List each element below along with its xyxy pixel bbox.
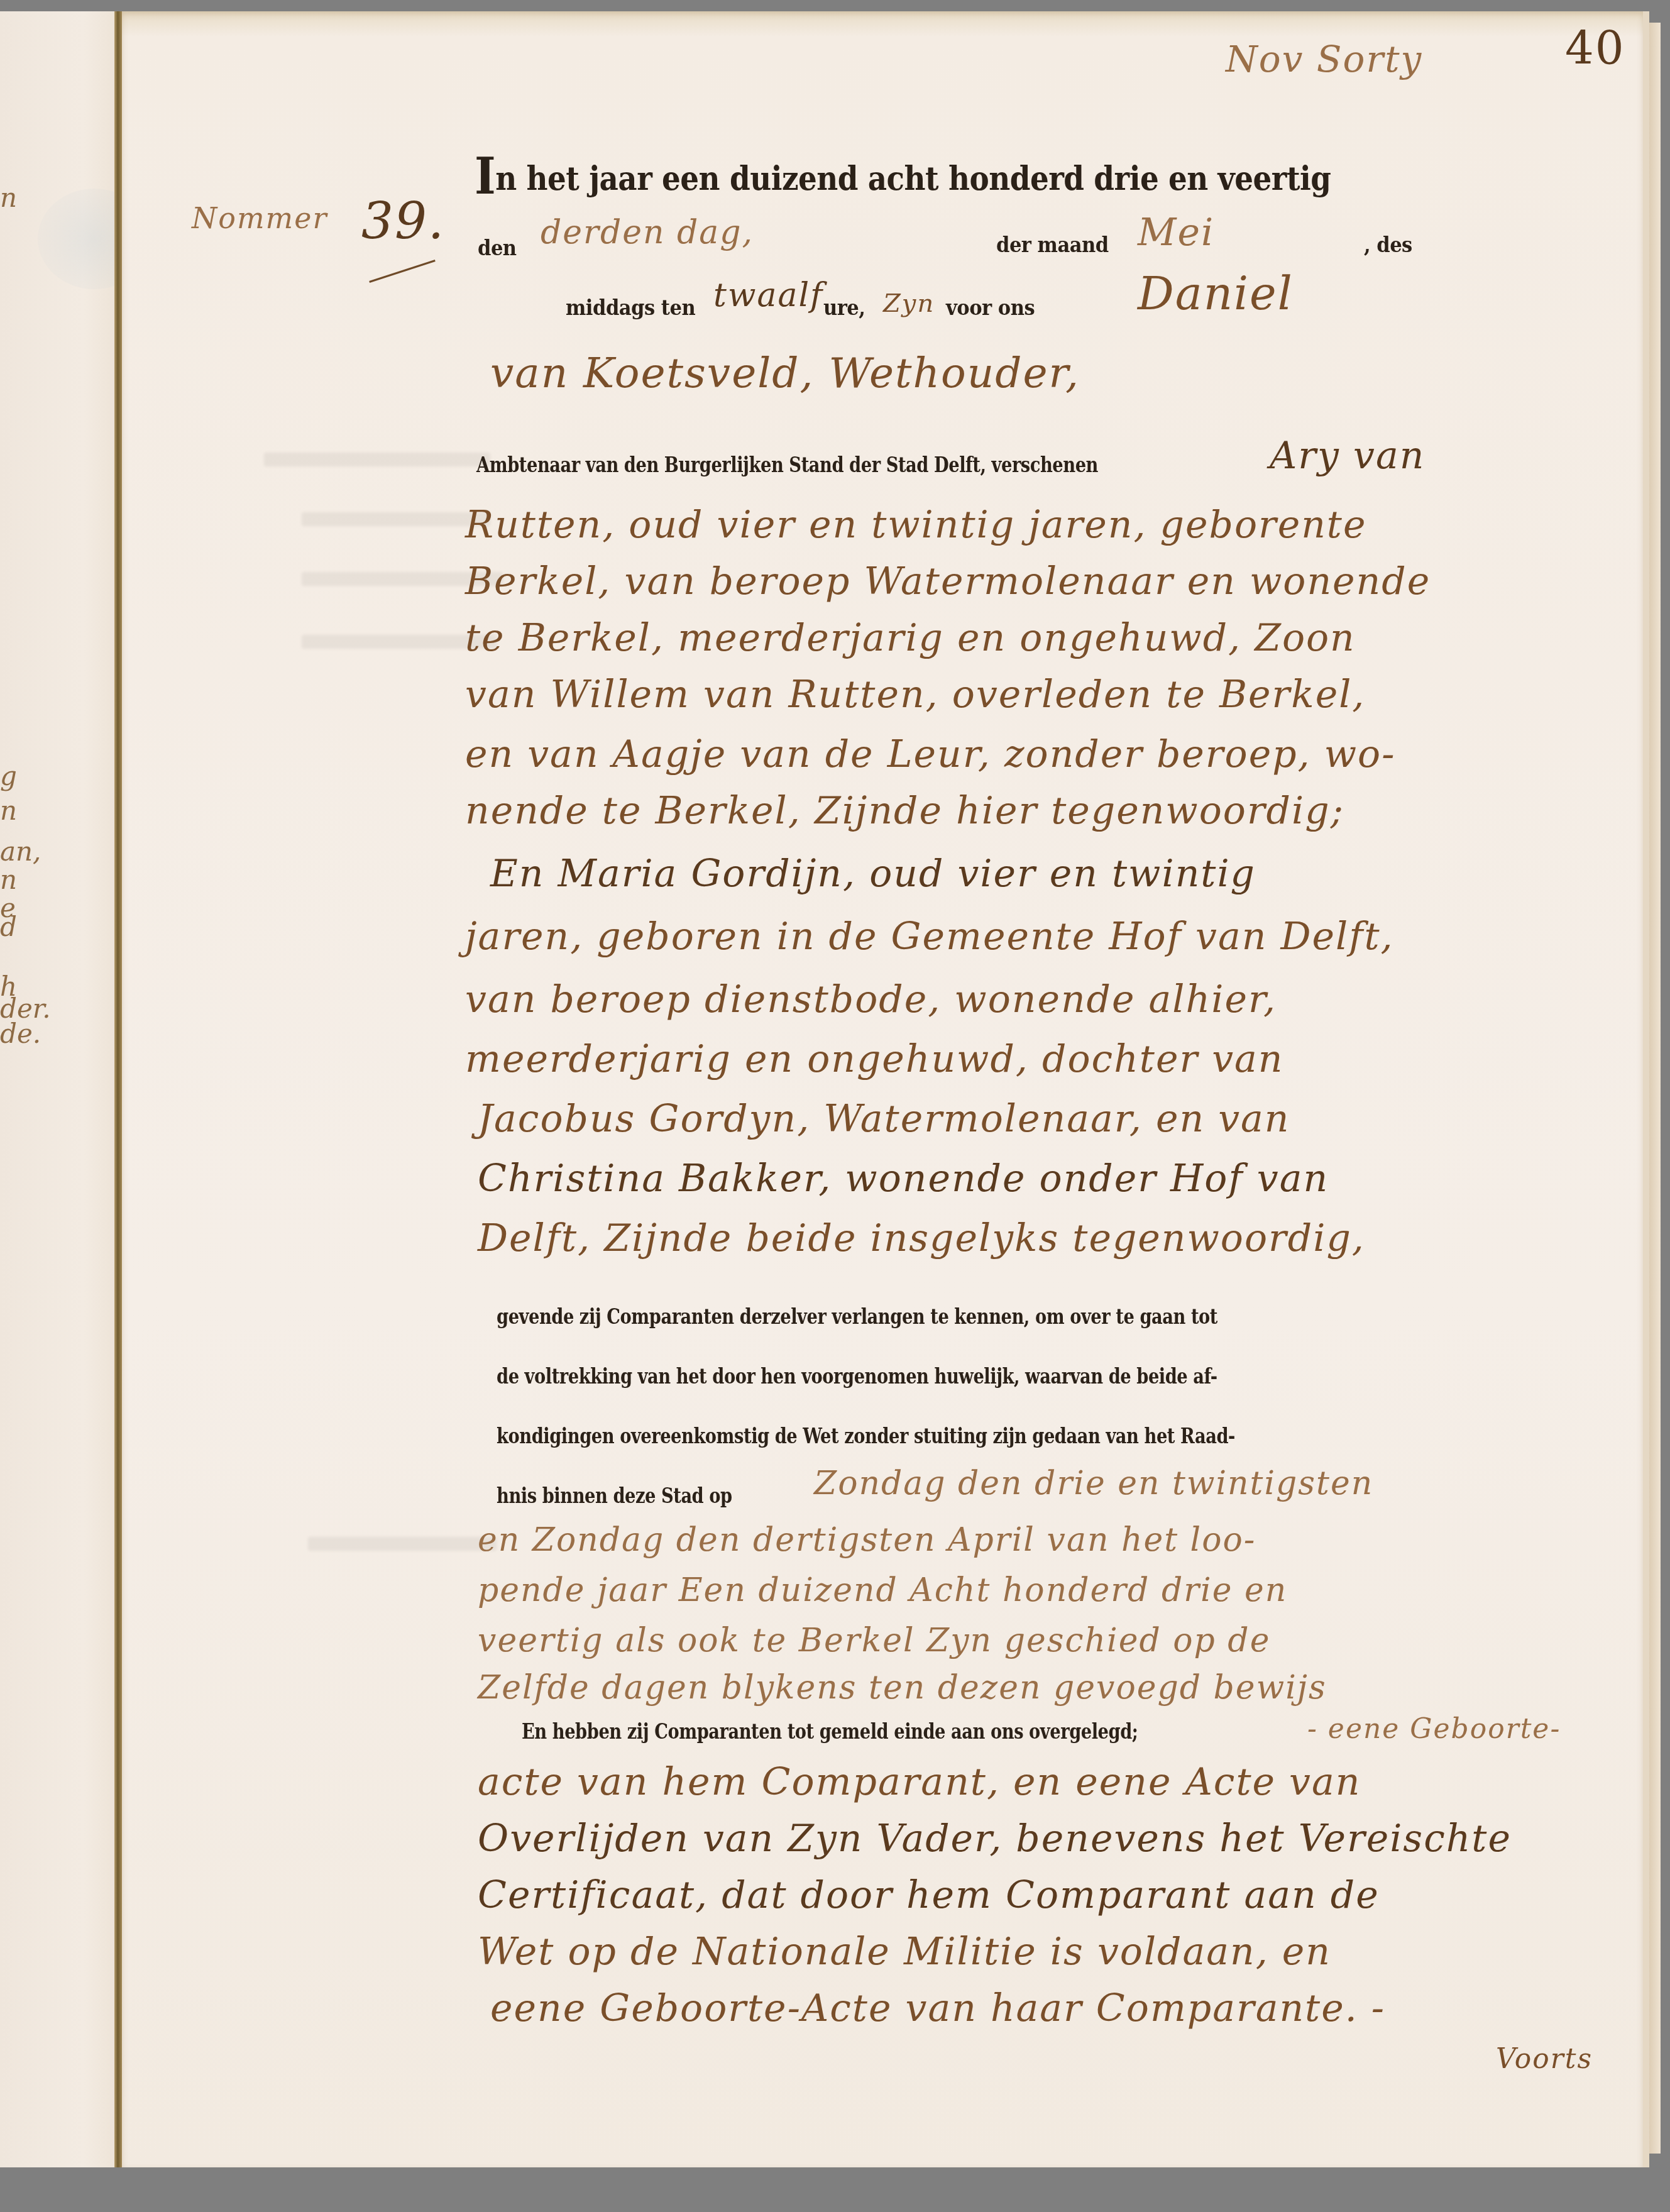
left-page-fragment: n (0, 795, 17, 826)
handwritten-official-firstname: Daniel (1138, 267, 1294, 320)
printed-den: den (478, 236, 517, 261)
handwritten-zyn: Zyn (883, 289, 935, 318)
margin-number-label: Nommer (192, 201, 327, 235)
handwritten-line: van Willem van Rutten, overleden te Berk… (465, 673, 1365, 717)
printed-hnis: hnis binnen deze Stad op (497, 1483, 732, 1508)
printed-en-hebben: En hebben zij Comparanten tot gemeld ein… (522, 1719, 1138, 1744)
bleed-through-text (308, 1537, 497, 1551)
printed-ure: ure, (823, 295, 865, 321)
handwritten-line: Jacobus Gordyn, Watermolenaar, en van (478, 1097, 1290, 1141)
handwritten-line: Rutten, oud vier en twintig jaren, gebor… (465, 503, 1366, 547)
handwritten-proclamation-line: pende jaar Een duizend Acht honderd drie… (478, 1571, 1287, 1609)
margin-number-value: 39. (361, 192, 445, 250)
handwritten-line: en van Aagje van de Leur, zonder beroep,… (465, 732, 1395, 776)
handwritten-line: te Berkel, meerderjarig en ongehuwd, Zoo… (465, 616, 1356, 660)
handwritten-geboorte-start: - eene Geboorte- (1307, 1713, 1561, 1745)
handwritten-documents-line: eene Geboorte-Acte van haar Comparante. … (490, 1986, 1385, 2030)
page-edge (1649, 23, 1661, 2154)
book-gutter (114, 11, 122, 2167)
handwritten-hour: twaalf (713, 277, 823, 314)
handwritten-documents-line: acte van hem Comparant, en eene Acte van (478, 1760, 1361, 1804)
left-page-fragment: n (0, 864, 17, 895)
handwritten-documents-line: Wet op de Nationale Militie is voldaan, … (478, 1930, 1331, 1974)
left-page-fragment: g (0, 761, 17, 791)
handwritten-day: derden dag, (541, 214, 754, 251)
handwritten-line: Berkel, van beroep Watermolenaar en wone… (465, 559, 1431, 603)
left-page-fragment: an, (0, 836, 41, 867)
handwritten-month: Mei (1138, 211, 1214, 255)
folio-annotation: Nov Sorty (1226, 38, 1422, 80)
handwritten-line: Christina Bakker, wonende onder Hof van (478, 1157, 1329, 1201)
printed-heading: In het jaar een duizend acht honderd dri… (475, 151, 1331, 201)
handwritten-official-name: van Koetsveld, Wethouder, (490, 349, 1080, 397)
drop-initial: I (475, 146, 495, 206)
printed-ambtenaar: Ambtenaar van den Burgerlijken Stand der… (476, 453, 1098, 477)
folio-number: 40 (1565, 22, 1625, 75)
handwritten-line: jaren, geboren in de Gemeente Hof van De… (465, 915, 1394, 959)
bleed-through-text (264, 453, 490, 466)
printed-gevende: gevende zij Comparanten derzelver verlan… (497, 1304, 1217, 1329)
left-page-fragment: d (0, 911, 17, 942)
printed-kondigingen: kondigingen overeenkomstig de Wet zonder… (497, 1424, 1235, 1448)
handwritten-proclamation-line: Zelfde dagen blykens ten dezen gevoegd b… (478, 1669, 1327, 1707)
handwritten-line: nende te Berkel, Zijnde hier tegenwoordi… (465, 789, 1344, 833)
printed-middags-ten: middags ten (566, 295, 695, 321)
handwritten-line: Delft, Zijnde beide insgelyks tegenwoord… (478, 1216, 1365, 1260)
handwritten-documents-line: Overlijden van Zyn Vader, benevens het V… (478, 1817, 1512, 1861)
handwritten-line: En Maria Gordijn, oud vier en twintig (490, 852, 1256, 896)
handwritten-proclamation-line: en Zondag den dertigsten April van het l… (478, 1521, 1256, 1559)
handwritten-documents-line: Certificaat, dat door hem Comparant aan … (478, 1873, 1380, 1917)
printed-der-maand: der maand (996, 233, 1109, 258)
left-page (0, 11, 119, 2167)
heading-text: n het jaar een duizend acht honderd drie… (495, 160, 1331, 198)
catchword: Voorts (1496, 2043, 1593, 2075)
handwritten-groom-firstname: Ary van (1270, 434, 1425, 478)
left-page-fragment: de. (0, 1018, 41, 1049)
handwritten-proclamation-date: Zondag den drie en twintigsten (814, 1465, 1373, 1502)
handwritten-line: meerderjarig en ongehuwd, dochter van (465, 1037, 1283, 1081)
printed-des: , des (1364, 233, 1412, 258)
handwritten-line: van beroep dienstbode, wonende alhier, (465, 977, 1277, 1021)
printed-voltrekking: de voltrekking van het door hen voorgeno… (497, 1364, 1217, 1389)
handwritten-proclamation-line: veertig als ook te Berkel Zyn geschied o… (478, 1622, 1270, 1659)
left-page-fragment: n (0, 182, 17, 213)
bleed-through-text (302, 512, 490, 526)
printed-voor-ons: voor ons (946, 295, 1035, 321)
